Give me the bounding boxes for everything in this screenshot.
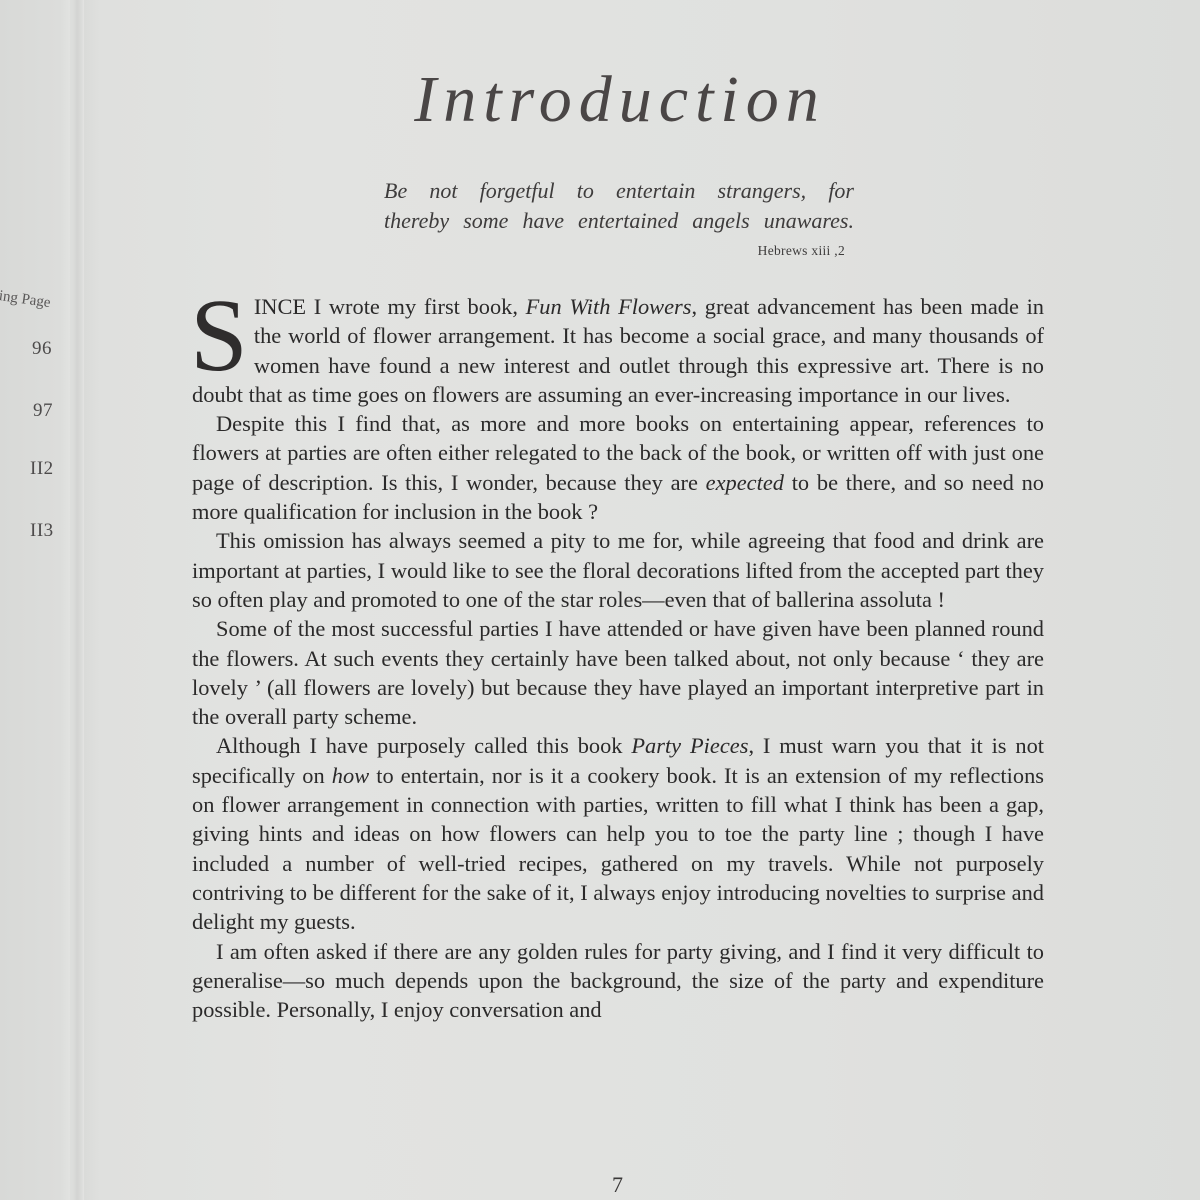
body-text: SINCE I wrote my first book, Fun With Fl…: [192, 292, 1044, 1024]
epigraph: Be not forgetful to entertain strangers,…: [384, 176, 854, 236]
chapter-title: Introduction: [380, 62, 860, 138]
paragraph: SINCE I wrote my first book, Fun With Fl…: [192, 292, 1044, 409]
emphasis-italic: how: [332, 763, 369, 788]
text-run: to entertain, nor is it a cookery book. …: [192, 763, 1044, 934]
facing-page-label: ing Page: [0, 288, 52, 312]
facing-page-number: 96: [32, 338, 52, 360]
epigraph-attribution: Hebrews xiii ,2: [700, 243, 845, 259]
paragraph: Despite this I find that, as more and mo…: [192, 409, 1044, 526]
book-gutter: [70, 0, 84, 1200]
facing-page-number: II3: [30, 520, 54, 542]
book-title-italic: Party Pieces: [631, 733, 748, 758]
paragraph: Although I have purposely called this bo…: [192, 731, 1044, 936]
facing-page-margin: ing Page 96 97 II2 II3: [0, 0, 70, 1200]
facing-page-number: II2: [30, 458, 54, 480]
emphasis-italic: expected: [706, 470, 784, 495]
text-run: Although I have purposely called this bo…: [216, 733, 631, 758]
paragraph: I am often asked if there are any golden…: [192, 937, 1044, 1025]
book-title-italic: Fun With Flowers: [526, 294, 692, 319]
epigraph-line: Be not forgetful to entertain strangers,…: [384, 176, 854, 206]
page-number: 7: [612, 1172, 623, 1198]
facing-page-number: 97: [33, 400, 53, 422]
text-run: INCE I wrote my first book,: [254, 294, 526, 319]
drop-cap: S: [190, 296, 248, 376]
paragraph: This omission has always seemed a pity t…: [192, 526, 1044, 614]
paragraph: Some of the most successful parties I ha…: [192, 614, 1044, 731]
epigraph-line: thereby some have entertained angels una…: [384, 206, 854, 236]
